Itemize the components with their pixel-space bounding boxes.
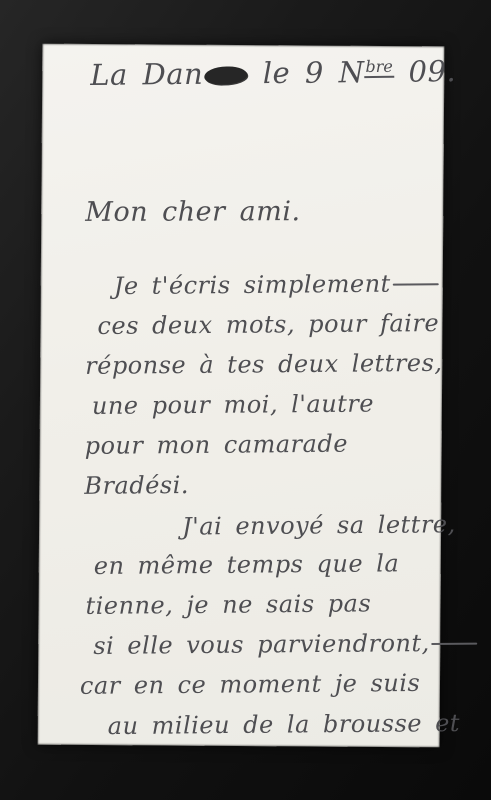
letter-line: si elle vous parviendront, [93,623,438,666]
letter-body: Je t'écris simplement ces deux mots, pou… [78,266,441,749]
dateline-year: 09. [394,54,457,89]
salutation: Mon cher ami. [85,196,300,228]
dateline-place: La Dan [90,57,203,92]
letter-line: J'ai envoyé sa lettre, [182,504,439,546]
letter-line: tienne, je ne sais pas [85,583,438,626]
letter-photograph: La Danne le 9 Nbre 09. Mon cher ami. Je … [0,0,491,800]
letter-line: pour mon camarade [84,423,439,466]
letter-line: réponse à tes deux lettres, [85,343,440,386]
blotted-text: ne [207,58,244,92]
letter-paper: La Danne le 9 Nbre 09. Mon cher ami. Je … [38,44,445,748]
ink-blot: ne [204,66,247,84]
dateline-superscript: bre [364,57,394,78]
letter-line: Bradési. [84,463,439,506]
letter-line: ces deux mots, pour faire [97,303,440,346]
letter-line: au milieu de la brousse et [108,703,438,746]
letter-line: en même temps que la [94,543,439,586]
letter-line: car en ce moment je suis [80,663,438,706]
dateline-middle: le 9 N [248,55,365,90]
letter-line: une pour moi, l'autre [92,383,440,426]
letter-line: Je t'écris simplement [114,263,441,306]
dateline: La Danne le 9 Nbre 09. [90,54,456,92]
